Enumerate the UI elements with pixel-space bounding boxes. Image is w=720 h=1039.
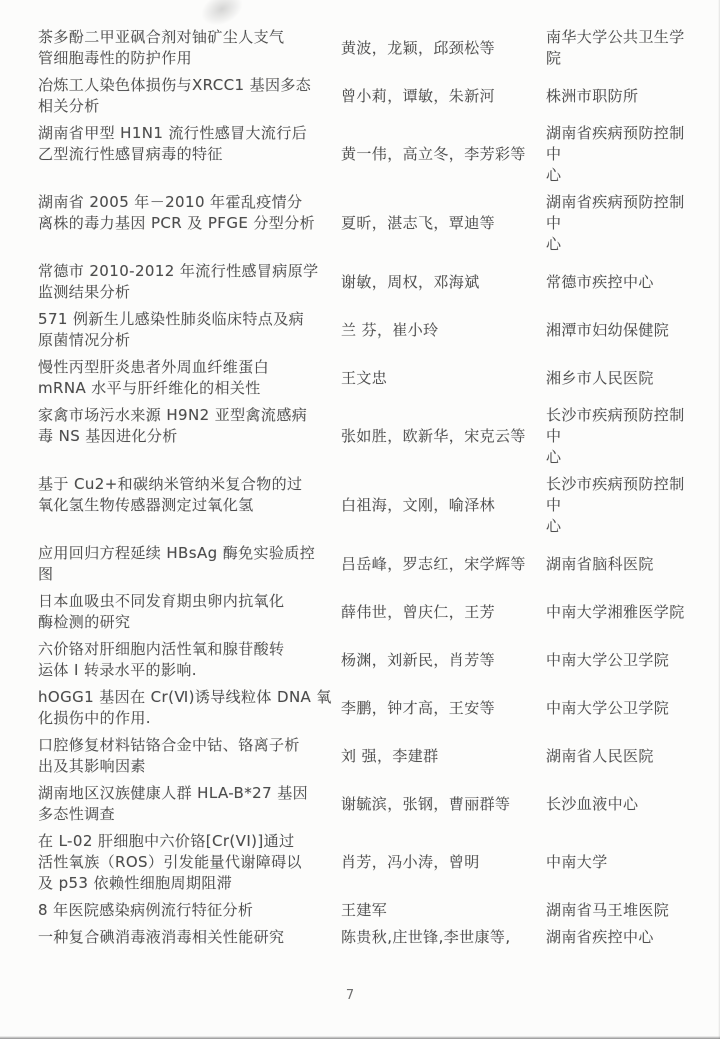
paper-title: 家禽市场污水来源 H9N2 亚型禽流感病 毒 NS 基因进化分析 <box>38 402 341 471</box>
paper-title: 湖南地区汉族健康人群 HLA-B*27 基因 多态性调查 <box>38 780 341 828</box>
table-row: 基于 Cu2+和碳纳米管纳米复合物的过 氧化氢生物传感器测定过氧化氢白祖海，文刚… <box>38 471 696 540</box>
paper-title: 口腔修复材料钴铬合金中钴、铬离子析 出及其影响因素 <box>38 732 341 780</box>
paper-institution: 湖南省人民医院 <box>546 732 696 780</box>
paper-title: 冶炼工人染色体损伤与XRCC1 基因多态 相关分析 <box>38 72 341 120</box>
paper-title: 一种复合碘消毒液消毒相关性能研究 <box>38 924 341 951</box>
table-row: 8 年医院感染病例流行特征分析王建军湖南省马王堆医院 <box>38 897 696 924</box>
table-row: hOGG1 基因在 Cr(Ⅵ)诱导线粒体 DNA 氧 化损伤中的作用.李鹏，钟才… <box>38 684 696 732</box>
paper-authors: 曾小莉，谭敏，朱新河 <box>341 72 546 120</box>
paper-institution: 湖南省疾病预防控制中 心 <box>546 189 696 258</box>
paper-authors: 夏昕，湛志飞，覃迪等 <box>341 189 546 258</box>
paper-authors: 王文忠 <box>341 354 546 402</box>
table-row: 湖南地区汉族健康人群 HLA-B*27 基因 多态性调查谢毓滨，张钢，曹丽群等长… <box>38 780 696 828</box>
paper-institution: 湖南省疾控中心 <box>546 924 696 951</box>
paper-title: 六价铬对肝细胞内活性氧和腺苷酸转 运体 I 转录水平的影响. <box>38 636 341 684</box>
table-row: 日本血吸虫不同发育期虫卵内抗氧化 酶检测的研究薛伟世，曾庆仁，王芳中南大学湘雅医… <box>38 588 696 636</box>
paper-institution: 长沙血液中心 <box>546 780 696 828</box>
paper-institution: 中南大学公卫学院 <box>546 684 696 732</box>
paper-title: 在 L-02 肝细胞中六价铬[Cr(VI)]通过 活性氧族（ROS）引发能量代谢… <box>38 828 341 897</box>
paper-title: 应用回归方程延续 HBsAg 酶免实验质控 图 <box>38 540 341 588</box>
table-row: 湖南省甲型 H1N1 流行性感冒大流行后 乙型流行性感冒病毒的特征黄一伟，高立冬… <box>38 120 696 189</box>
paper-institution: 湘潭市妇幼保健院 <box>546 306 696 354</box>
paper-title: 8 年医院感染病例流行特征分析 <box>38 897 341 924</box>
table-row: 茶多酚二甲亚砜合剂对铀矿尘人支气 管细胞毒性的防护作用黄波，龙颖，邱颈松等南华大… <box>38 24 696 72</box>
paper-authors: 刘 强，李建群 <box>341 732 546 780</box>
paper-authors: 张如胜，欧新华，宋克云等 <box>341 402 546 471</box>
table-row: 慢性丙型肝炎患者外周血纤维蛋白 mRNA 水平与肝纤维化的相关性王文忠湘乡市人民… <box>38 354 696 402</box>
paper-institution: 中南大学 <box>546 828 696 897</box>
paper-institution: 湖南省脑科医院 <box>546 540 696 588</box>
table-row: 应用回归方程延续 HBsAg 酶免实验质控 图吕岳峰，罗志红，宋学辉等湖南省脑科… <box>38 540 696 588</box>
paper-authors: 谢毓滨，张钢，曹丽群等 <box>341 780 546 828</box>
paper-authors: 谢敏，周权，邓海斌 <box>341 258 546 306</box>
table-row: 冶炼工人染色体损伤与XRCC1 基因多态 相关分析曾小莉，谭敏，朱新河株洲市职防… <box>38 72 696 120</box>
paper-institution: 常德市疾控中心 <box>546 258 696 306</box>
paper-institution: 南华大学公共卫生学院 <box>546 24 696 72</box>
table-row: 常德市 2010-2012 年流行性感冒病原学 监测结果分析谢敏，周权，邓海斌常… <box>38 258 696 306</box>
paper-title: 571 例新生儿感染性肺炎临床特点及病 原菌情况分析 <box>38 306 341 354</box>
document-page: 茶多酚二甲亚砜合剂对铀矿尘人支气 管细胞毒性的防护作用黄波，龙颖，邱颈松等南华大… <box>0 0 720 1039</box>
paper-title: 常德市 2010-2012 年流行性感冒病原学 监测结果分析 <box>38 258 341 306</box>
table-row: 一种复合碘消毒液消毒相关性能研究陈贵秋,庄世锋,李世康等,湖南省疾控中心 <box>38 924 696 951</box>
paper-title: 茶多酚二甲亚砜合剂对铀矿尘人支气 管细胞毒性的防护作用 <box>38 24 341 72</box>
paper-authors: 杨渊，刘新民，肖芳等 <box>341 636 546 684</box>
table-row: 家禽市场污水来源 H9N2 亚型禽流感病 毒 NS 基因进化分析张如胜，欧新华，… <box>38 402 696 471</box>
paper-authors: 肖芳，冯小涛，曾明 <box>341 828 546 897</box>
paper-authors: 李鹏，钟才高，王安等 <box>341 684 546 732</box>
paper-authors: 薛伟世，曾庆仁，王芳 <box>341 588 546 636</box>
paper-authors: 白祖海，文刚，喻泽林 <box>341 471 546 540</box>
paper-institution: 湘乡市人民医院 <box>546 354 696 402</box>
paper-authors: 王建军 <box>341 897 546 924</box>
paper-authors: 兰 芬，崔小玲 <box>341 306 546 354</box>
table-row: 口腔修复材料钴铬合金中钴、铬离子析 出及其影响因素刘 强，李建群湖南省人民医院 <box>38 732 696 780</box>
table-row: 湖南省 2005 年－2010 年霍乱疫情分 离株的毒力基因 PCR 及 PFG… <box>38 189 696 258</box>
table-row: 六价铬对肝细胞内活性氧和腺苷酸转 运体 I 转录水平的影响.杨渊，刘新民，肖芳等… <box>38 636 696 684</box>
paper-title: hOGG1 基因在 Cr(Ⅵ)诱导线粒体 DNA 氧 化损伤中的作用. <box>38 684 341 732</box>
page-number: 7 <box>0 988 710 1003</box>
paper-institution: 长沙市疾病预防控制中 心 <box>546 402 696 471</box>
paper-institution: 中南大学公卫学院 <box>546 636 696 684</box>
paper-institution: 湖南省马王堆医院 <box>546 897 696 924</box>
paper-title: 日本血吸虫不同发育期虫卵内抗氧化 酶检测的研究 <box>38 588 341 636</box>
table-row: 在 L-02 肝细胞中六价铬[Cr(VI)]通过 活性氧族（ROS）引发能量代谢… <box>38 828 696 897</box>
paper-authors: 吕岳峰，罗志红，宋学辉等 <box>341 540 546 588</box>
paper-title: 基于 Cu2+和碳纳米管纳米复合物的过 氧化氢生物传感器测定过氧化氢 <box>38 471 341 540</box>
paper-title: 湖南省甲型 H1N1 流行性感冒大流行后 乙型流行性感冒病毒的特征 <box>38 120 341 189</box>
paper-table: 茶多酚二甲亚砜合剂对铀矿尘人支气 管细胞毒性的防护作用黄波，龙颖，邱颈松等南华大… <box>38 24 696 951</box>
paper-authors: 陈贵秋,庄世锋,李世康等, <box>341 924 546 951</box>
paper-title: 慢性丙型肝炎患者外周血纤维蛋白 mRNA 水平与肝纤维化的相关性 <box>38 354 341 402</box>
paper-institution: 株洲市职防所 <box>546 72 696 120</box>
paper-authors: 黄波，龙颖，邱颈松等 <box>341 24 546 72</box>
paper-title: 湖南省 2005 年－2010 年霍乱疫情分 离株的毒力基因 PCR 及 PFG… <box>38 189 341 258</box>
paper-institution: 中南大学湘雅医学院 <box>546 588 696 636</box>
table-row: 571 例新生儿感染性肺炎临床特点及病 原菌情况分析兰 芬，崔小玲湘潭市妇幼保健… <box>38 306 696 354</box>
paper-institution: 长沙市疾病预防控制中 心 <box>546 471 696 540</box>
paper-authors: 黄一伟，高立冬，李芳彩等 <box>341 120 546 189</box>
paper-institution: 湖南省疾病预防控制中 心 <box>546 120 696 189</box>
paper-table-body: 茶多酚二甲亚砜合剂对铀矿尘人支气 管细胞毒性的防护作用黄波，龙颖，邱颈松等南华大… <box>38 24 696 951</box>
